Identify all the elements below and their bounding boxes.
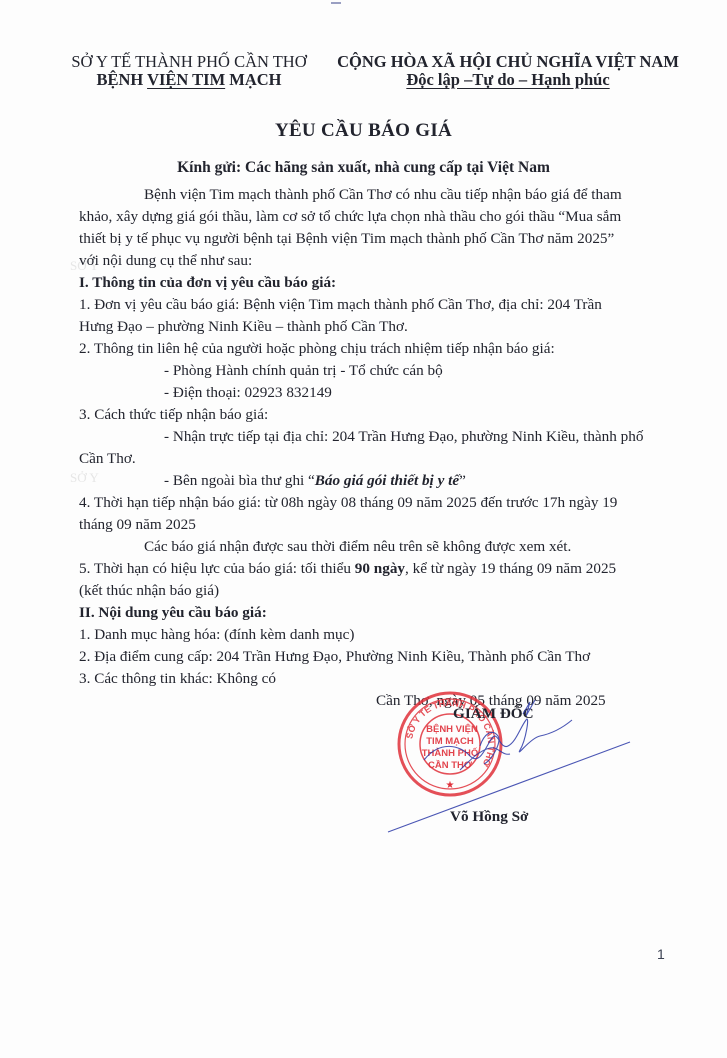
s1-item3-address-line1: - Nhận trực tiếp tại địa chỉ: 204 Trần H… <box>164 426 643 447</box>
s1-item2-phone: - Điện thoại: 02923 832149 <box>164 382 332 403</box>
document-title: YÊU CẦU BÁO GIÁ <box>0 120 727 142</box>
intro-line-3: thiết bị y tế phục vụ người bệnh tại Bện… <box>79 228 614 249</box>
s1-item2: 2. Thông tin liên hệ của người hoặc phòn… <box>79 338 555 359</box>
s1-item1-line1: 1. Đơn vị yêu cầu báo giá: Bệnh viện Tim… <box>79 294 602 315</box>
section-2-heading: II. Nội dung yêu cầu báo giá: <box>79 602 267 623</box>
s1-item2-department: - Phòng Hành chính quản trị - Tổ chức cá… <box>164 360 443 381</box>
page-number: 1 <box>657 946 665 962</box>
intro-line-1: Bệnh viện Tim mạch thành phố Cần Thơ có … <box>144 184 622 205</box>
s2-item-3: 3. Các thông tin khác: Không có <box>79 668 276 689</box>
s1-item5-line2: (kết thúc nhận báo giá) <box>79 580 219 601</box>
s2-item-2: 2. Địa điểm cung cấp: 204 Trần Hưng Đạo,… <box>79 646 590 667</box>
scan-mark <box>331 2 341 4</box>
intro-line-2: khảo, xây dựng giá gói thầu, làm cơ sở t… <box>79 206 621 227</box>
bleed-through-mark: SỞ Y <box>70 470 99 486</box>
issuer-hospital: BỆNH VIỆN TIM MẠCH <box>62 70 316 90</box>
national-motto: Độc lập –Tự do – Hạnh phúc <box>330 70 686 90</box>
s1-item3-envelope-note: - Bên ngoài bìa thư ghi “Báo giá gói thi… <box>164 470 466 491</box>
national-title: CỘNG HÒA XÃ HỘI CHỦ NGHĨA VIỆT NAM <box>330 52 686 72</box>
s1-item1-line2: Hưng Đạo – phường Ninh Kiều – thành phố … <box>79 316 408 337</box>
issuer-department: SỞ Y TẾ THÀNH PHỐ CẦN THƠ <box>62 52 316 72</box>
recipient-line: Kính gửi: Các hãng sản xuất, nhà cung cấ… <box>0 159 727 177</box>
s1-item3: 3. Cách thức tiếp nhận báo giá: <box>79 404 268 425</box>
s2-item-1: 1. Danh mục hàng hóa: (đính kèm danh mục… <box>79 624 354 645</box>
s1-item4-note: Các báo giá nhận được sau thời điểm nêu … <box>144 536 571 557</box>
s1-item3-address-line2: Cần Thơ. <box>79 448 136 469</box>
intro-line-4: với nội dung cụ thể như sau: <box>79 250 252 271</box>
signer-name: Võ Hồng Sở <box>450 806 528 827</box>
s1-item4-line1: 4. Thời hạn tiếp nhận báo giá: từ 08h ng… <box>79 492 617 513</box>
s1-item5-line1: 5. Thời hạn có hiệu lực của báo giá: tối… <box>79 558 616 579</box>
section-1-heading: I. Thông tin của đơn vị yêu cầu báo giá: <box>79 272 336 293</box>
s1-item4-line2: tháng 09 năm 2025 <box>79 514 196 535</box>
